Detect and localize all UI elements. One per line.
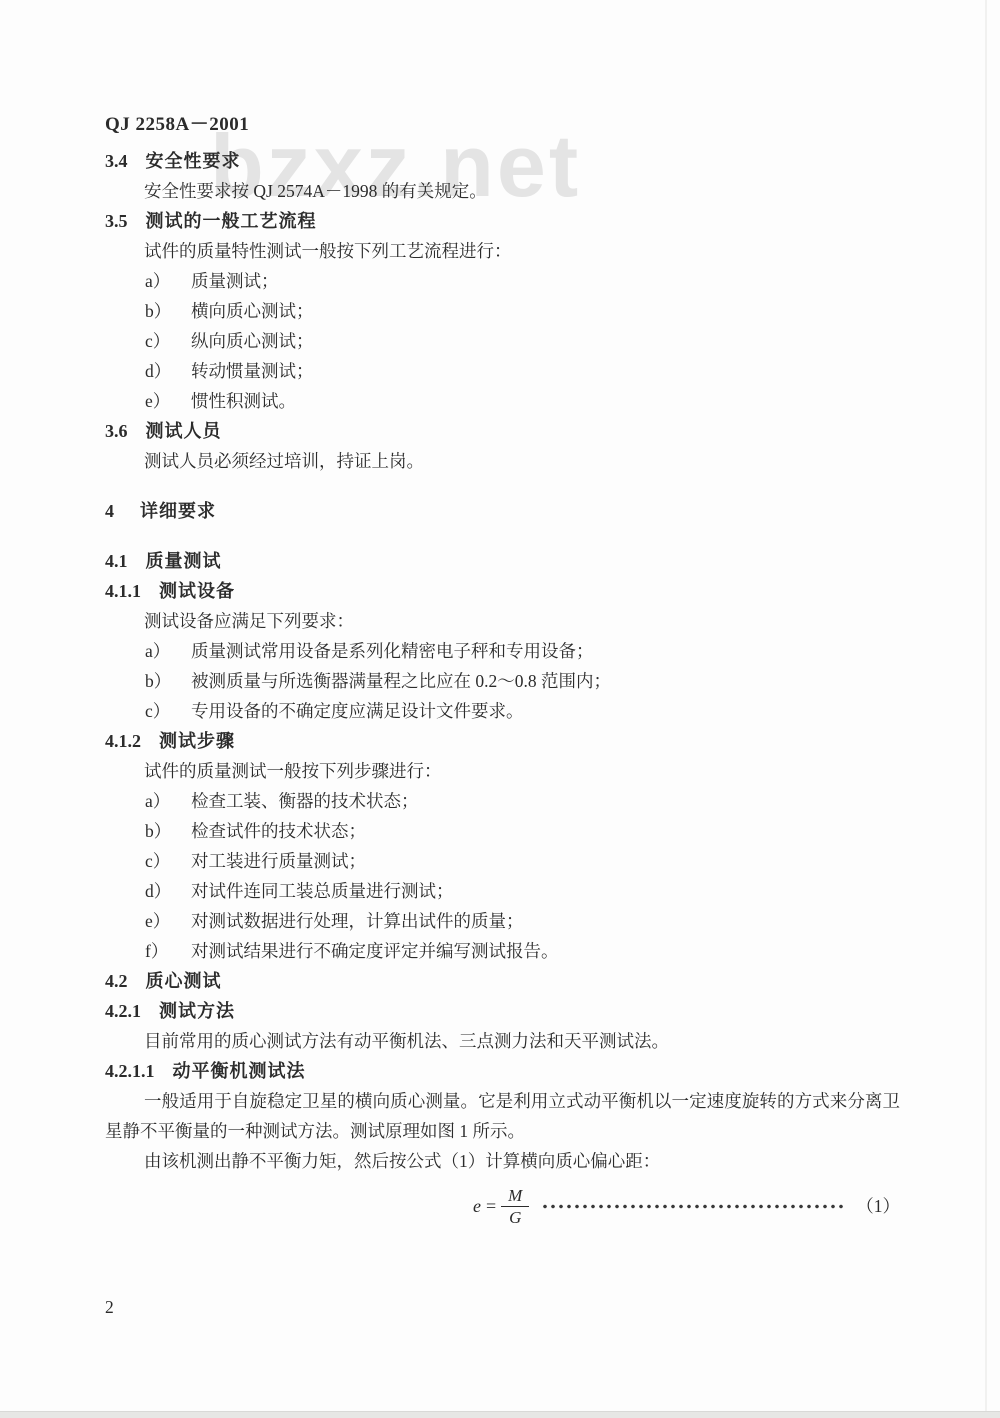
clause-title: 测试设备 [159,576,235,606]
list-item: d） 转动惯量测试； [105,356,900,386]
clause-heading-4-2: 4.2 质心测试 [105,966,900,996]
list-text: 对测试数据进行处理，计算出试件的质量； [191,906,900,936]
list-item: a） 检查工装、衡器的技术状态； [105,786,900,816]
list-item: b） 横向质心测试； [105,296,900,326]
clause-number: 4.1.1 [105,576,141,606]
formula-lhs: e [473,1196,481,1216]
clause-number: 4.2.1.1 [105,1056,155,1086]
formula: e = M G （1） [105,1182,900,1230]
list-item: d） 对试件连同工装总质量进行测试； [105,876,900,906]
page-content: QJ 2258A－2001 3.4 安全性要求 安全性要求按 QJ 2574A－… [0,0,1000,1322]
clause-title: 质量测试 [146,546,222,576]
paragraph: 安全性要求按 QJ 2574A－1998 的有关规定。 [105,176,900,206]
list-text: 被测质量与所选衡器满量程之比应在 0.2～0.8 范围内； [191,666,900,696]
list-item: e） 对测试数据进行处理，计算出试件的质量； [105,906,900,936]
clause-number: 4.1 [105,546,128,576]
fraction-denominator: G [501,1207,529,1227]
clause-number: 4.1.2 [105,726,141,756]
scan-bottom-edge [0,1411,1000,1418]
list-marker: d） [145,356,191,386]
list-marker: e） [145,906,191,936]
formula-fraction: M G [501,1186,529,1227]
formula-equals-sign: = [486,1196,496,1216]
paragraph: 试件的质量测试一般按下列步骤进行： [105,756,900,786]
list-item: b） 检查试件的技术状态； [105,816,900,846]
list-item: e） 惯性积测试。 [105,386,900,416]
paragraph: 试件的质量特性测试一般按下列工艺流程进行： [105,236,900,266]
list-marker: a） [145,786,191,816]
clause-number: 3.6 [105,416,128,446]
list-marker: b） [145,296,191,326]
clause-heading-4-1-1: 4.1.1 测试设备 [105,576,900,606]
list-marker: c） [145,696,191,726]
paragraph: 测试设备应满足下列要求： [105,606,900,636]
paragraph: 测试人员必须经过培训，持证上岗。 [105,446,900,476]
paragraph: 目前常用的质心测试方法有动平衡机法、三点测力法和天平测试法。 [105,1026,900,1056]
clause-number: 4.2.1 [105,996,141,1026]
list-text: 转动惯量测试； [191,356,900,386]
clause-number: 4 [105,496,114,526]
document-page: bzxz.net QJ 2258A－2001 3.4 安全性要求 安全性要求按 … [0,0,1000,1418]
list-text: 检查试件的技术状态； [191,816,900,846]
clause-title: 测试步骤 [159,726,235,756]
list-item: c） 纵向质心测试； [105,326,900,356]
clause-number: 3.5 [105,206,128,236]
clause-title: 质心测试 [146,966,222,996]
list-text: 质量测试常用设备是系列化精密电子秤和专用设备； [191,636,900,666]
clause-heading-3-6: 3.6 测试人员 [105,416,900,446]
clause-heading-4-1-2: 4.1.2 测试步骤 [105,726,900,756]
list-text: 对工装进行质量测试； [191,846,900,876]
clause-heading-3-5: 3.5 测试的一般工艺流程 [105,206,900,236]
clause-title: 安全性要求 [146,146,241,176]
doc-number: QJ 2258A－2001 [105,110,900,140]
list-marker: e） [145,386,191,416]
clause-heading-4-2-1: 4.2.1 测试方法 [105,996,900,1026]
list-text: 纵向质心测试； [191,326,900,356]
dotted-leader [541,1202,846,1211]
list-text: 专用设备的不确定度应满足设计文件要求。 [191,696,900,726]
list-marker: b） [145,816,191,846]
clause-heading-4-2-1-1: 4.2.1.1 动平衡机测试法 [105,1056,900,1086]
list-text: 对试件连同工装总质量进行测试； [191,876,900,906]
list-text: 对测试结果进行不确定度评定并编写测试报告。 [191,936,900,966]
list-text: 横向质心测试； [191,296,900,326]
list-marker: f） [145,936,191,966]
list-marker: d） [145,876,191,906]
list-item: c） 专用设备的不确定度应满足设计文件要求。 [105,696,900,726]
list-item: b） 被测质量与所选衡器满量程之比应在 0.2～0.8 范围内； [105,666,900,696]
clause-title: 测试人员 [146,416,222,446]
list-text: 检查工装、衡器的技术状态； [191,786,900,816]
clause-title: 动平衡机测试法 [173,1056,306,1086]
list-marker: b） [145,666,191,696]
clause-number: 4.2 [105,966,128,996]
clause-title: 测试方法 [159,996,235,1026]
formula-label: （1） [856,1191,900,1221]
clause-title: 详细要求 [140,496,216,526]
clause-heading-4-1: 4.1 质量测试 [105,546,900,576]
list-marker: c） [145,326,191,356]
scan-right-edge [985,0,987,1418]
fraction-numerator: M [501,1186,529,1207]
list-item: c） 对工装进行质量测试； [105,846,900,876]
list-text: 质量测试； [191,266,900,296]
paragraph: 一般适用于自旋稳定卫星的横向质心测量。它是利用立式动平衡机以一定速度旋转的方式来… [105,1086,900,1146]
list-item: f） 对测试结果进行不确定度评定并编写测试报告。 [105,936,900,966]
clause-number: 3.4 [105,146,128,176]
list-item: a） 质量测试； [105,266,900,296]
list-item: a） 质量测试常用设备是系列化精密电子秤和专用设备； [105,636,900,666]
list-marker: a） [145,266,191,296]
clause-heading-3-4: 3.4 安全性要求 [105,146,900,176]
list-text: 惯性积测试。 [191,386,900,416]
paragraph: 由该机测出静不平衡力矩，然后按公式（1）计算横向质心偏心距： [105,1146,900,1176]
page-number: 2 [105,1292,900,1322]
clause-title: 测试的一般工艺流程 [146,206,317,236]
list-marker: c） [145,846,191,876]
chapter-heading-4: 4 详细要求 [105,496,900,526]
list-marker: a） [145,636,191,666]
